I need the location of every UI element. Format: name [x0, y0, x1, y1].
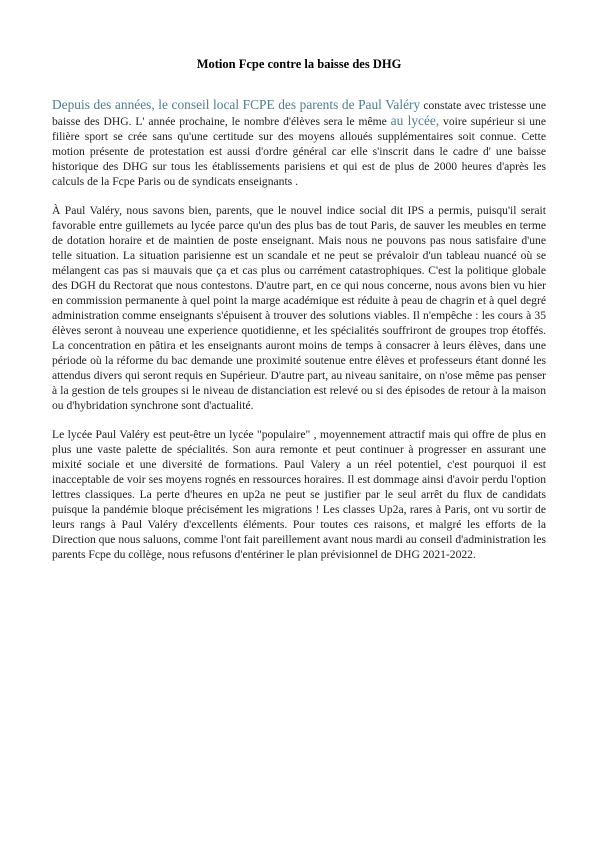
paragraph-body: À Paul Valéry, nous savons bien, parents…	[52, 203, 546, 413]
text-segment: À Paul Valéry, nous savons bien, parents…	[52, 204, 546, 412]
text-segment: Le lycée Paul Valéry est peut-être un ly…	[52, 428, 546, 561]
highlighted-segment: au lycée,	[391, 113, 440, 128]
document-title: Motion Fcpe contre la baisse des DHG	[52, 57, 546, 72]
highlighted-segment: Depuis des années, le conseil local FCPE…	[52, 97, 420, 112]
paragraph-conclusion: Le lycée Paul Valéry est peut-être un ly…	[52, 427, 546, 562]
document-page: Motion Fcpe contre la baisse des DHG Dep…	[0, 0, 596, 842]
paragraph-intro: Depuis des années, le conseil local FCPE…	[52, 97, 546, 189]
